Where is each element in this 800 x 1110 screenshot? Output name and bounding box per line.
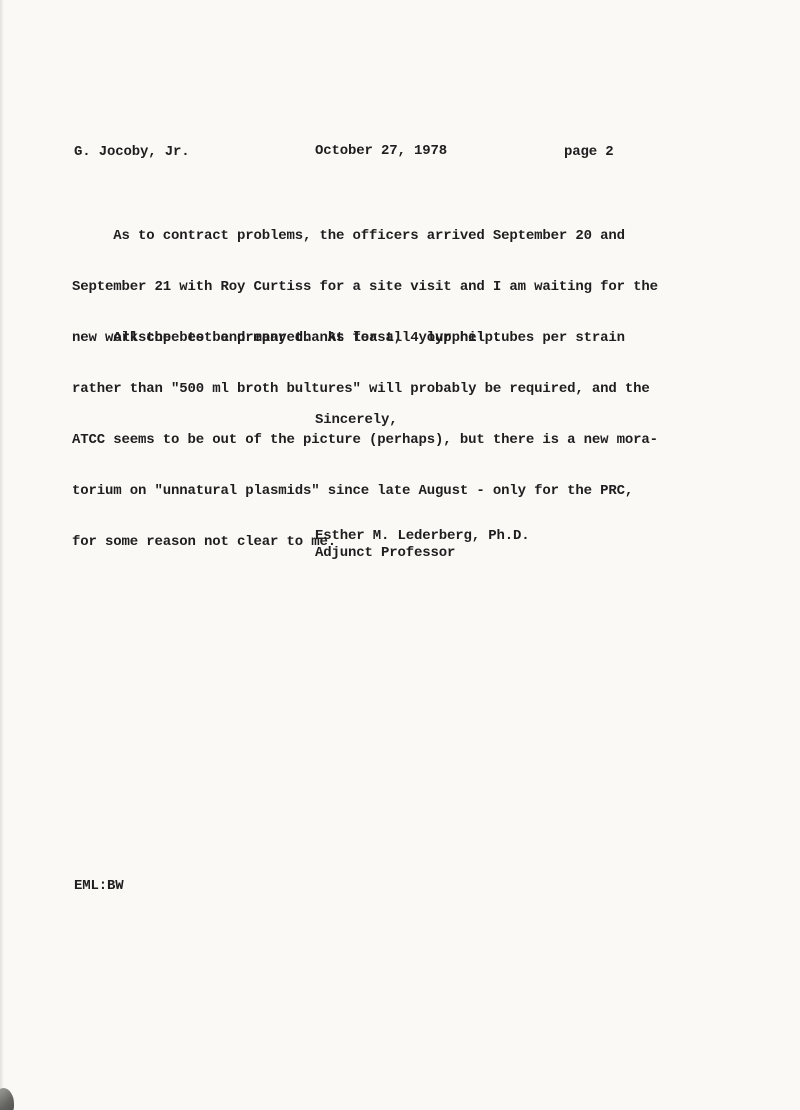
- header-recipient: G. Jocoby, Jr.: [74, 144, 190, 161]
- scan-artifact-smudge: [0, 1088, 14, 1110]
- letter-page: G. Jocoby, Jr. October 27, 1978 page 2 A…: [0, 0, 800, 1110]
- paragraph-contract-problems: As to contract problems, the officers ar…: [72, 194, 658, 585]
- paragraph-line: rather than "500 ml broth bultures" will…: [72, 381, 658, 398]
- header-page-number: page 2: [564, 144, 614, 161]
- paragraph-thanks: All the best and many thanks for all you…: [72, 330, 501, 347]
- paragraph-line: torium on "unnatural plasmids" since lat…: [72, 483, 658, 500]
- header-date: October 27, 1978: [315, 143, 447, 160]
- signature-name: Esther M. Lederberg, Ph.D.: [315, 528, 530, 545]
- paragraph-line: September 21 with Roy Curtiss for a site…: [72, 279, 658, 296]
- typist-initials: EML:BW: [74, 878, 124, 895]
- signature-title: Adjunct Professor: [315, 545, 455, 562]
- paragraph-line: ATCC seems to be out of the picture (per…: [72, 432, 658, 449]
- closing-sincerely: Sincerely,: [315, 412, 398, 429]
- scan-edge-shading: [0, 0, 4, 1110]
- paragraph-line: As to contract problems, the officers ar…: [72, 228, 658, 245]
